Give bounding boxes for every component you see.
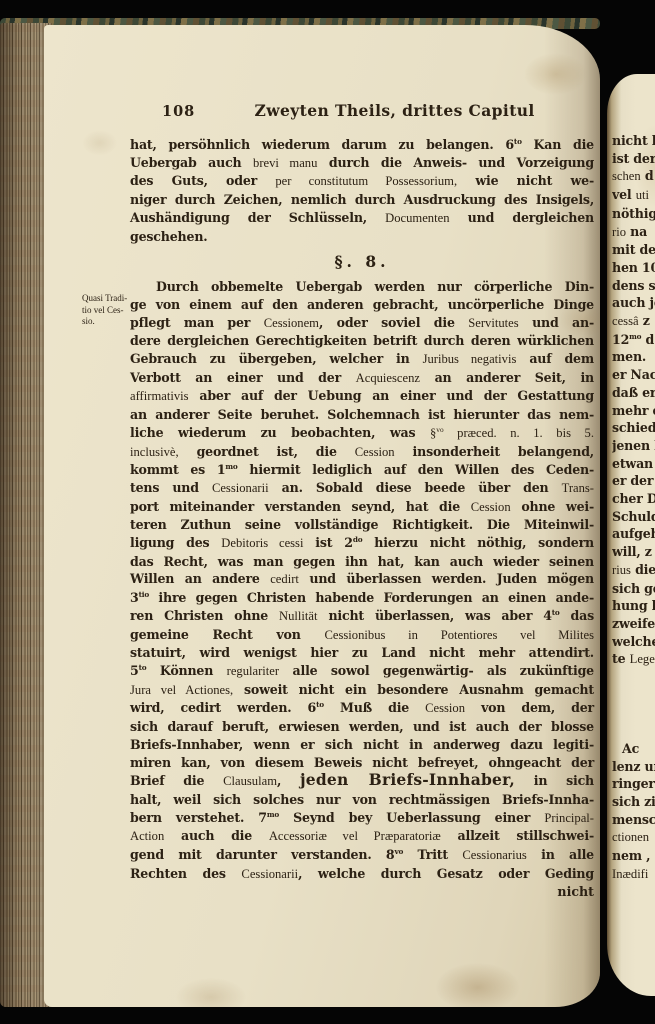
text-line: Uebergab auch brevi manu durch die Anwei…	[130, 154, 594, 173]
text-line: das Recht, was man gegen ihn hat, kan au…	[130, 553, 594, 571]
text-line: sich geb	[612, 580, 655, 598]
text-line: Ac	[612, 740, 655, 758]
text-line: te Lege	[612, 650, 655, 669]
text-line: mit der	[612, 241, 655, 259]
running-header: Zweyten Theils, drittes Capitul	[195, 101, 594, 120]
text-line: lenz un	[612, 758, 655, 776]
text-line: ge von einem auf den anderen gebracht, u…	[130, 296, 594, 314]
text-line: gemeine Recht von Cessionibus in Potenti…	[130, 626, 594, 645]
text-line: an anderer Seite beruhet. Solchemnach is…	[130, 406, 594, 424]
text-line	[612, 669, 655, 687]
text-line: Brief die Clausulam, jeden Briefs-Innhab…	[130, 771, 594, 791]
text-line: port miteinander verstanden seynd, hat d…	[130, 498, 594, 517]
text-line: men.	[612, 348, 655, 366]
text-line: er Nac	[612, 366, 655, 384]
page-header: 108 Zweyten Theils, drittes Capitul	[130, 101, 594, 123]
book-page-left: 108 Zweyten Theils, drittes Capitul hat,…	[44, 25, 600, 1007]
text-line: jenen h	[612, 437, 655, 455]
text-line: niger durch Zeichen, nemlich durch Ausdr…	[130, 191, 594, 209]
text-line: mehr e	[612, 402, 655, 420]
section-heading: §. 8.	[130, 252, 594, 273]
text-line	[612, 705, 655, 723]
text-line: nicht l	[612, 132, 655, 150]
text-line: kommt es 1mo hiermit lediglich auf den W…	[130, 461, 594, 479]
text-line: affirmativis aber auf der Uebung an eine…	[130, 387, 594, 406]
text-line: vel uti	[612, 186, 655, 205]
book-scan: 108 Zweyten Theils, drittes Capitul hat,…	[0, 0, 655, 1024]
text-line: ringere	[612, 775, 655, 793]
text-line: rio na	[612, 223, 655, 242]
text-line: liche wiederum zu beobachten, was §vo pr…	[130, 424, 594, 443]
text-line: Schuld	[612, 508, 655, 526]
text-line: menschli	[612, 811, 655, 829]
text-line: inclusivè, geordnet ist, die Cession ins…	[130, 443, 594, 462]
text-line: Verbott an einer und der Acquiescenz an …	[130, 369, 594, 388]
text-line: rius die	[612, 561, 655, 580]
text-line: dens se	[612, 277, 655, 295]
text-line: schen d	[612, 167, 655, 186]
text-line: ren Christen ohne Nullität nicht überlas…	[130, 607, 594, 626]
book-page-right-sliver: nicht list derschen dvel utinöthigerio n…	[607, 74, 655, 996]
adjacent-page-text: nicht list derschen dvel utinöthigerio n…	[612, 132, 655, 884]
text-line: 5to Können regulariter alle sowol gegenw…	[130, 662, 594, 681]
text-line: Durch obbemelte Uebergab werden nur cörp…	[130, 278, 594, 296]
text-line: er der C	[612, 472, 655, 490]
text-line: hen 10	[612, 259, 655, 277]
text-line: tio vel Ces-	[82, 305, 134, 317]
text-line: 3tio ihre gegen Christen habende Forderu…	[130, 589, 594, 607]
text-line: Gebrauch zu übergeben, welcher in Juribu…	[130, 350, 594, 369]
text-line: daß er	[612, 384, 655, 402]
text-line: Rechten des Cessionarii, welche durch Ge…	[130, 865, 594, 884]
text-line: des Guts, oder per constitutum Possessor…	[130, 172, 594, 191]
paragraph-2: Durch obbemelte Uebergab werden nur cörp…	[130, 278, 594, 883]
page-number: 108	[162, 103, 195, 120]
text-line: ctionen	[612, 828, 655, 847]
text-line: zweifelh	[612, 615, 655, 633]
text-line: halt, weil sich solches nur von rechtmäs…	[130, 791, 594, 809]
text-line: hat, persöhnlich wiederum darum zu belan…	[130, 136, 594, 154]
text-line: Jura vel Actiones, soweit nicht ein beso…	[130, 681, 594, 700]
text-line: bern verstehet. 7mo Seynd bey Ueberlassu…	[130, 809, 594, 828]
catchword: nicht	[130, 883, 594, 901]
text-line: nöthige	[612, 205, 655, 223]
text-line: pflegt man per Cessionem, oder soviel di…	[130, 314, 594, 333]
text-line: auch je	[612, 294, 655, 312]
page-content: 108 Zweyten Theils, drittes Capitul hat,…	[130, 101, 594, 901]
text-line: 12mo d	[612, 331, 655, 349]
text-line: Willen an andere cedirt und überlassen w…	[130, 570, 594, 589]
text-line: hung hi	[612, 597, 655, 615]
text-line: cessâ z	[612, 312, 655, 331]
text-line: cher D	[612, 490, 655, 508]
text-line: geschehen.	[130, 228, 594, 246]
text-line	[612, 687, 655, 705]
text-line: welche	[612, 633, 655, 651]
text-line: Briefs-Innhaber, wenn er sich nicht in a…	[130, 736, 594, 754]
text-line	[612, 722, 655, 740]
text-line: nem ,	[612, 847, 655, 865]
text-line: schiedli	[612, 419, 655, 437]
text-line: ligung des Debitoris cessi ist 2do hierz…	[130, 534, 594, 553]
text-line: will, z	[612, 543, 655, 561]
margin-note: Quasi Tradi-tio vel Ces-sio.	[82, 293, 134, 328]
text-line: statuirt, wird wenigst hier zu Land nich…	[130, 644, 594, 662]
text-line: aufgeho	[612, 525, 655, 543]
text-line: ist der	[612, 150, 655, 168]
text-line: Action auch die Accessoriæ vel Præparato…	[130, 827, 594, 846]
text-line: wird, cedirt werden. 6to Muß die Cession…	[130, 699, 594, 718]
text-line: Aushändigung der Schlüsseln, Documenten …	[130, 209, 594, 228]
text-line: miren kan, von diesem Beweis nicht befre…	[130, 754, 594, 772]
text-line: dere dergleichen Gerechtigkeiten betrift…	[130, 332, 594, 350]
text-line: sich zieh	[612, 793, 655, 811]
text-line: teren Zuthun seine vollständige Richtigk…	[130, 516, 594, 534]
text-line: sich darauf beruft, erwiesen werden, und…	[130, 718, 594, 736]
text-line: gend mit darunter verstanden. 8vo Tritt …	[130, 846, 594, 865]
text-line: tens und Cessionarii an. Sobald diese be…	[130, 479, 594, 498]
text-line: sio.	[82, 316, 134, 328]
text-line: Quasi Tradi-	[82, 293, 134, 305]
paragraph-1: hat, persöhnlich wiederum darum zu belan…	[130, 136, 594, 245]
text-line: etwan	[612, 455, 655, 473]
text-line: Inædifi	[612, 865, 655, 884]
